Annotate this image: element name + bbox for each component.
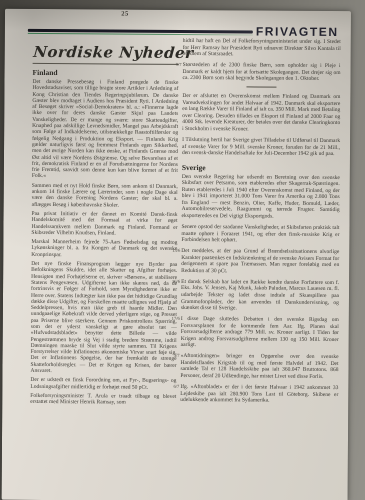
paragraph: Senere opstod der saadanne Vanskelighede… [181, 224, 339, 245]
date-marker: 17/6 [167, 316, 180, 323]
paragraph-text: hidtil har haft en Del af Folkeforsyning… [183, 38, 341, 57]
paragraph-text: Senere opstod der saadanne Vanskelighede… [181, 224, 339, 243]
date-marker: 3/7 [167, 353, 180, 360]
paragraph: Marskal Mannerheim fejrede 75-Aars Fødse… [31, 239, 177, 259]
date-marker: 13/6 [167, 248, 180, 255]
paragraph-text: Størstedelen af de 2300 finske Børn, som… [182, 62, 340, 82]
paragraph-text: Det nye finske Finansprogram lægger nye … [30, 261, 177, 374]
column-right: hidtil har haft en Del af Folkeforsyning… [180, 38, 341, 409]
heading-underline [33, 63, 179, 65]
paragraph-text: Der er afsluttet en Overenskomst mellem … [182, 93, 340, 132]
paragraph: Der er udstedt en finsk Forordning om, a… [30, 377, 176, 391]
paragraph: 6/7 Ifg. »Aftonbladet« er der i det førs… [180, 384, 338, 405]
paragraph: 17/6 I disse Dage sluttedes Debatten i d… [181, 316, 339, 350]
paragraph: hidtil har haft en Del af Folkeforsyning… [183, 38, 341, 59]
paragraph-text: Marskal Mannerheim fejrede 75-Aars Fødse… [31, 239, 177, 258]
paragraph: Det nye finske Finansprogram lægger nye … [30, 261, 177, 375]
paragraph: 9/7 Størstedelen af de 2300 finske Børn,… [182, 62, 340, 83]
date-marker: 6/7 [166, 384, 179, 391]
paragraph: 3/7 »Aftontidningen« bringer en Opgørels… [180, 353, 338, 380]
paragraph: Det danske Pressebesøg i Finland prægede… [32, 79, 179, 181]
paragraph: Folkeforsyningsminister T. Arula er traa… [30, 393, 176, 407]
date-marker: 9/7 [169, 62, 182, 69]
paragraph: Den svenske Regering har udsendt en Bere… [182, 174, 340, 221]
paragraph: Sammen med et nyt Hold finske Børn, som … [32, 183, 178, 209]
paragraph-text: I Tilslutning hertil har Sverige givet T… [182, 137, 340, 157]
page-number: 25 [113, 10, 137, 17]
paragraph-text: »Aftontidningen« bringer en Opgørelse ov… [180, 353, 338, 380]
paragraph-text: Ifg. »Aftonbladet« er der i det første H… [180, 384, 338, 404]
paragraph-text: Sammen med et nyt Hold finske Børn, som … [32, 183, 178, 208]
paragraph-text: Folkeforsyningsminister T. Arula er traa… [30, 393, 176, 406]
paragraph-text: Paa privat Initiativ er der dannet en Ko… [31, 211, 177, 236]
date-marker: 16/6 [167, 279, 180, 286]
script-heading: Nordiske Nyheder [33, 43, 180, 62]
paragraph: Paa privat Initiativ er der dannet en Ko… [31, 211, 177, 237]
paragraph-text: Et dansk Selskab har ladet en Række kend… [181, 279, 339, 312]
divider-rule [246, 87, 276, 88]
paragraph: Der er afsluttet en Overenskomst mellem … [182, 93, 340, 133]
masthead-rule [28, 29, 253, 36]
masthead-title: FRIVAGTEN [256, 24, 351, 39]
scanned-page: 25 FRIVAGTEN Nordiske Nyheder Finland De… [2, 9, 351, 500]
paragraph: I Tilslutning hertil har Sverige givet T… [182, 137, 340, 158]
paragraph-text: Der er udstedt en finsk Forordning om, a… [30, 377, 176, 390]
paragraph: 13/6 Det meddeles, at der paa Grund af B… [181, 248, 339, 275]
column-left: Nordiske Nyheder Finland Det danske Pres… [30, 43, 179, 410]
masthead-rule-green [28, 32, 253, 35]
section-heading-finland: Finland [33, 68, 179, 78]
paragraph-text: Det danske Pressebesøg i Finland prægede… [32, 79, 179, 180]
paragraph: 16/6 Et dansk Selskab har ladet en Række… [181, 279, 339, 313]
paragraph-text: Det meddeles, at der paa Grund af Brænds… [181, 248, 339, 274]
section-heading-sverige: Sverige [182, 163, 340, 173]
paragraph-text: I disse Dage sluttedes Debatten i den sv… [181, 316, 339, 348]
paragraph-text: Den svenske Regering har udsendt en Bere… [182, 174, 340, 220]
